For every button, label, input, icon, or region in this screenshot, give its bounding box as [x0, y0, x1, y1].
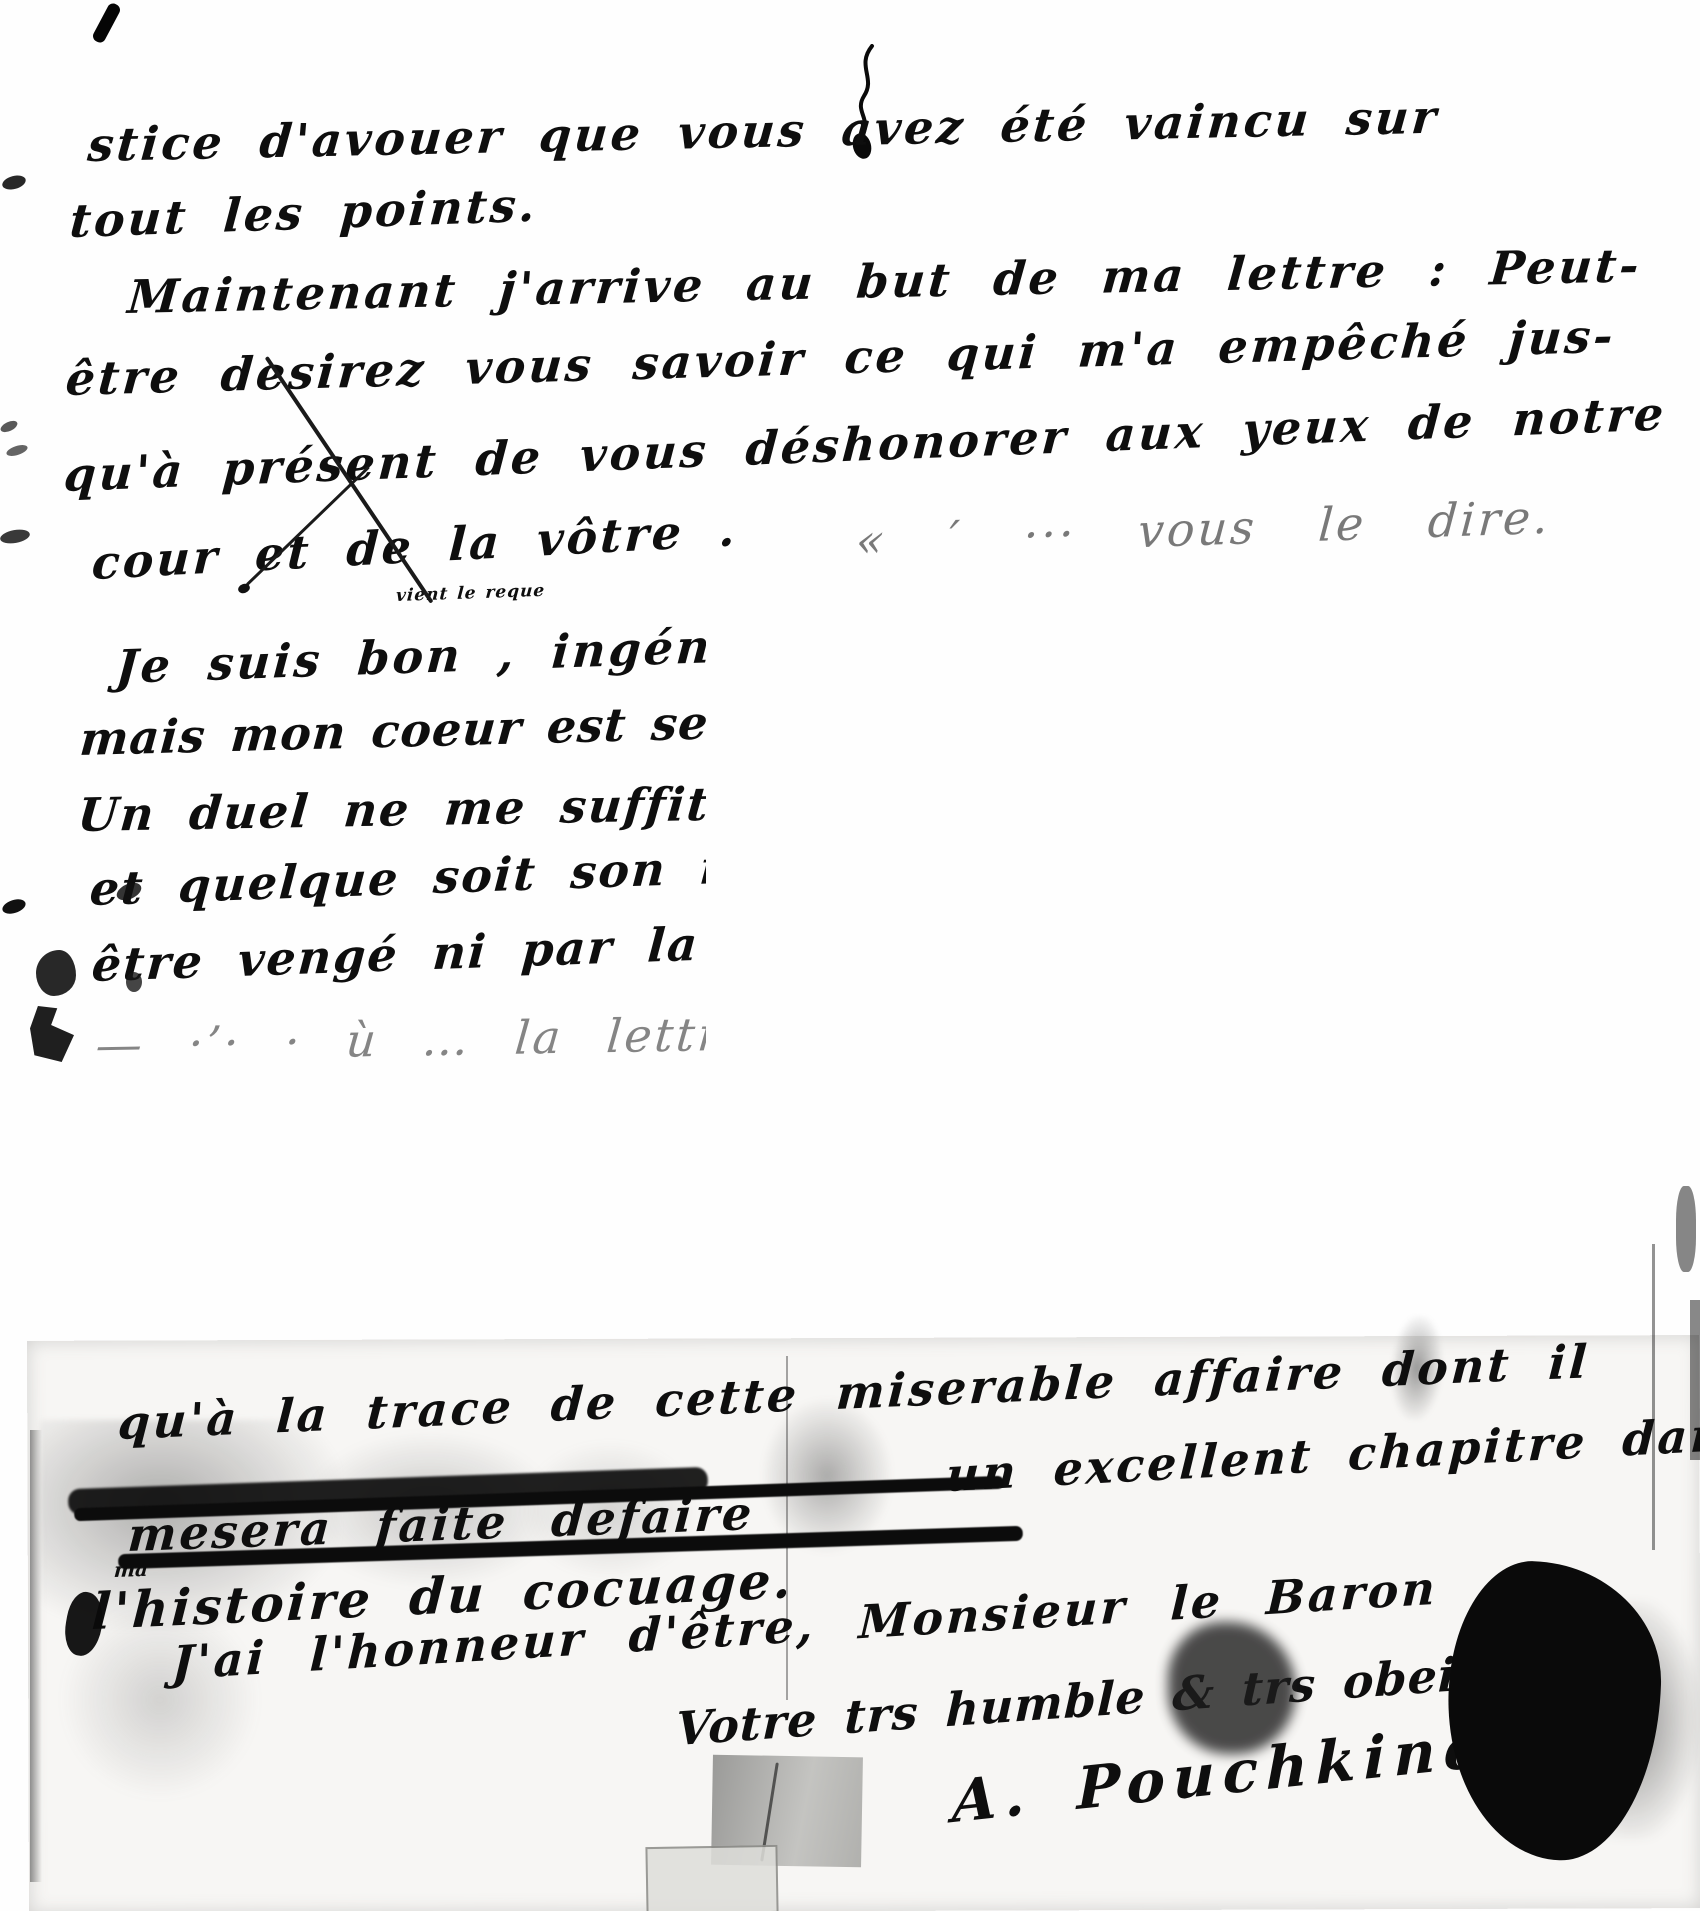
ink-mark-left-margin: [0, 419, 19, 435]
handwriting-line: être vengé ni par la .: [90, 915, 706, 992]
handwriting-line: qu'à présent de vous déshonorer aux yeux…: [62, 386, 1668, 502]
ink-blot: [1168, 1622, 1296, 1754]
ink-mark-left-margin: [1, 173, 28, 192]
handwriting-line: Un duel ne me suffit pl: [76, 775, 706, 842]
ink-blot: [36, 950, 76, 996]
clipped-column: Je suis bon , ingénu , mais mon coeur es…: [0, 620, 706, 1090]
ink-mark: [126, 972, 142, 992]
tape-patch: [645, 1845, 778, 1911]
handwriting-line: Je suis bon , ingénu ,: [114, 620, 706, 694]
manuscript-page: stice d'avouer que vous avez été vaincu …: [0, 0, 1700, 1911]
fragment-right-edge: [1652, 1244, 1655, 1550]
handwriting-line: mais mon coeur est sensib: [78, 693, 706, 767]
handwriting-line-faint: — ·’· · ù … la lettre: [94, 1006, 706, 1072]
handwriting-line: stice d'avouer que vous avez été vaincu …: [86, 90, 1441, 172]
handwriting-line: Maintenant j'arrive au but de ma lettre …: [126, 238, 1644, 324]
ink-mark: [1676, 1186, 1696, 1272]
handwriting-line: être desirez vous savoir ce qui m'a empê…: [64, 309, 1618, 406]
ink-mark-left-margin: [5, 443, 29, 458]
ink-mark-left-margin: [0, 527, 31, 545]
handwriting-line: tout les points.: [68, 178, 540, 249]
ink-mark-top-left: [91, 1, 122, 44]
handwriting-line: et quelque soit son is: [88, 839, 706, 916]
fragment-torn-edge: [30, 1430, 42, 1882]
handwriting-line-faint: « ′ ··· vous le dire.: [854, 490, 1553, 568]
